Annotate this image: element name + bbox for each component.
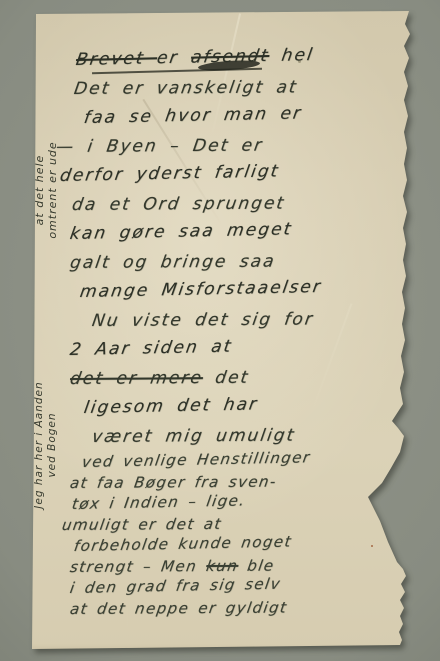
margin-note-line: Jeg har her i Aanden bbox=[33, 327, 46, 563]
handwritten-text: at faa Bøger fra sven- bbox=[69, 473, 278, 492]
handwritten-text: strengt – Men bbox=[69, 557, 208, 576]
handwritten-text: Nu viste det sig for bbox=[91, 309, 316, 331]
handwritten-text: kan gøre saa meget bbox=[69, 219, 294, 244]
handwritten-text: ligesom det har bbox=[83, 394, 260, 418]
handwritten-text: Det er vanskeligt at bbox=[73, 77, 300, 99]
struck-text: Brevet bbox=[75, 48, 159, 70]
handwritten-text: 2 Aar siden at bbox=[69, 337, 234, 360]
handwritten-text: derfor yderst farligt bbox=[59, 161, 281, 186]
margin-note-line: omtrent er ude bbox=[46, 115, 59, 265]
handwriting-line: mange Misforstaaelser bbox=[78, 271, 396, 307]
photo-background: Brevet er afsendt helDet er vanskeligt a… bbox=[0, 0, 440, 661]
margin-note-upper: at det hele omtrent er ude bbox=[33, 115, 67, 265]
handwritten-text: at det neppe er gyldigt bbox=[69, 598, 289, 618]
handwritten-text: ved venlige Henstillinger bbox=[81, 448, 312, 471]
handwritten-text: da et Ord sprunget bbox=[71, 194, 287, 215]
handwritten-text: det bbox=[201, 368, 250, 388]
handwriting-line: derfor yderst farligt bbox=[58, 155, 396, 191]
handwriting-line: Brevet er afsendt hel bbox=[74, 39, 396, 75]
handwritten-text: ble bbox=[237, 557, 276, 575]
handwriting-line: 2 Aar siden at bbox=[68, 329, 396, 365]
handwritten-text: tøx i Indien – lige. bbox=[71, 491, 247, 513]
struck-text: kun bbox=[205, 557, 240, 575]
margin-note-lower: Jeg har her i Aanden ved Bogen bbox=[33, 327, 63, 563]
handwriting-line: faa se hvor man er bbox=[82, 98, 396, 133]
handwritten-text: hel bbox=[268, 45, 316, 66]
struck-text: afsendt bbox=[189, 46, 270, 68]
handwritten-text: galt og bringe saa bbox=[69, 252, 277, 273]
margin-note-line: at det hele bbox=[33, 115, 46, 265]
handwritten-text: faa se hvor man er bbox=[83, 103, 304, 128]
handwritten-text: været mig umuligt bbox=[91, 426, 297, 447]
handwritten-text: forbeholde kunde noget bbox=[73, 532, 294, 555]
handwritten-text: mange Misforstaaelser bbox=[79, 277, 324, 302]
handwriting-line: ligesom det har bbox=[82, 388, 396, 423]
handwriting-lines: Brevet er afsendt helDet er vanskeligt a… bbox=[62, 46, 392, 620]
handwriting-line: at det neppe er gyldigt bbox=[68, 597, 394, 620]
handwritten-text: er bbox=[156, 48, 193, 69]
struck-text: det er mere bbox=[69, 368, 205, 389]
handwritten-text: i den grad fra sig selv bbox=[69, 575, 283, 597]
handwritten-text: umuligt er det at bbox=[61, 515, 223, 534]
torn-paper: Brevet er afsendt helDet er vanskeligt a… bbox=[0, 0, 440, 661]
handwriting-line: kan gøre saa meget bbox=[68, 213, 396, 249]
handwritten-text: — i Byen – Det er bbox=[55, 136, 265, 157]
paper-stain bbox=[388, 532, 391, 535]
margin-note-line: ved Bogen bbox=[46, 327, 59, 563]
